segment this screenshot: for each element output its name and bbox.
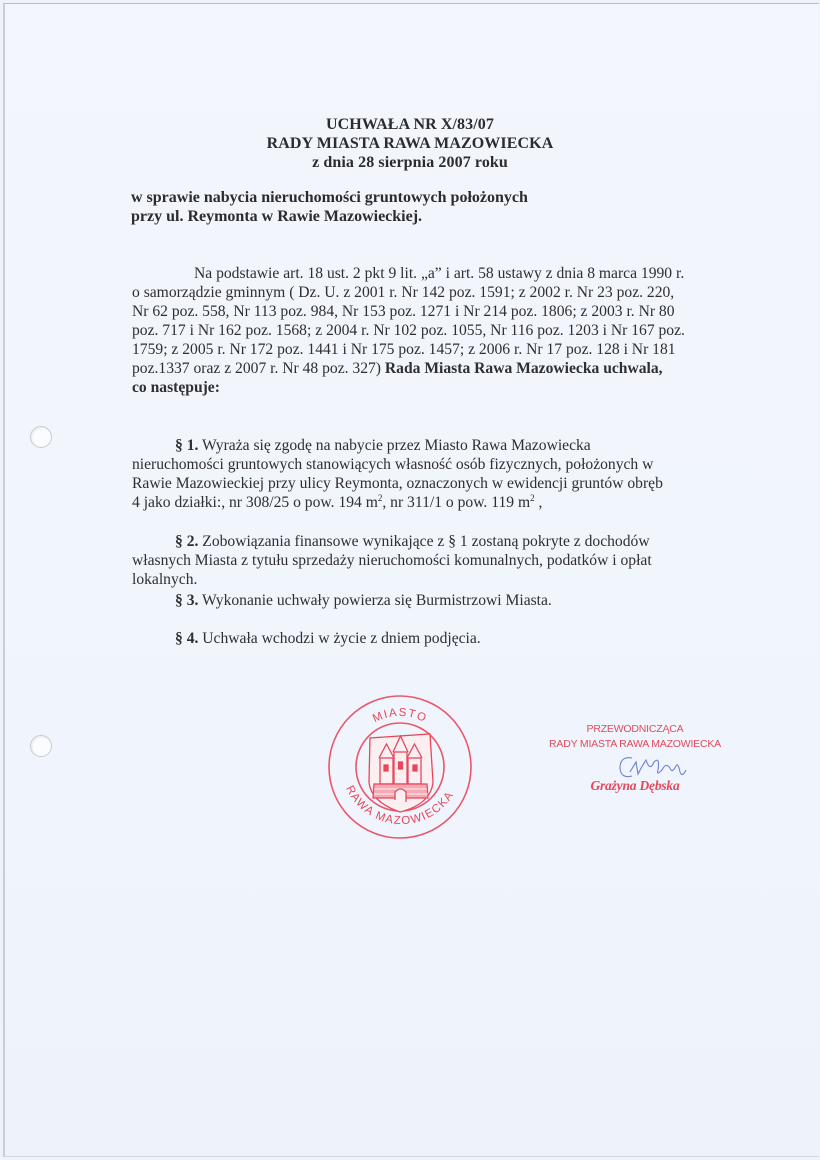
enacting-clause-text: co następuje: xyxy=(132,379,220,396)
preamble-line: 1759; z 2005 r. Nr 172 poz. 1441 i Nr 17… xyxy=(132,341,676,359)
section-1-line: nieruchomości gruntowych stanowiących wł… xyxy=(132,456,653,474)
subject-line-1: w sprawie nabycia nieruchomości gruntowy… xyxy=(131,189,528,207)
preamble-line: Nr 62 poz. 558, Nr 113 poz. 984, Nr 153 … xyxy=(132,303,675,321)
coat-of-arms-icon xyxy=(369,734,433,812)
council-name: RADY MIASTA RAWA MAZOWIECKA xyxy=(0,135,820,153)
section-1: § 1. Wyraża się zgodę na nabycie przez M… xyxy=(175,437,591,455)
preamble-line: Na podstawie art. 18 ust. 2 pkt 9 lit. „… xyxy=(194,265,684,283)
resolution-date: z dnia 28 sierpnia 2007 roku xyxy=(0,154,820,172)
section-3: § 3. Wykonanie uchwały powierza się Burm… xyxy=(175,592,552,610)
subject-line-2: przy ul. Reymonta w Rawie Mazowieckiej. xyxy=(131,208,422,226)
preamble-line: o samorządzie gminnym ( Dz. U. z 2001 r.… xyxy=(132,284,674,302)
preamble-text: poz.1337 oraz z 2007 r. Nr 48 poz. 327) xyxy=(132,360,385,377)
section-1-line: Rawie Mazowieckiej przy ulicy Reymonta, … xyxy=(132,475,663,493)
section-text: Zobowiązania finansowe wynikające z § 1 … xyxy=(198,533,649,550)
punch-hole xyxy=(30,735,52,757)
section-mark: § 3. xyxy=(175,592,198,609)
section-2: § 2. Zobowiązania finansowe wynikające z… xyxy=(175,533,650,551)
plot-2: , nr 311/1 o pow. 119 m xyxy=(382,494,530,511)
city-seal-stamp: MIASTO RAWA MAZOWIECKA xyxy=(327,694,473,840)
plot-end: , xyxy=(535,494,543,511)
section-mark: § 1. xyxy=(175,437,198,454)
signature-block: PRZEWODNICZĄCA RADY MIASTA RAWA MAZOWIEC… xyxy=(520,722,750,794)
punch-hole xyxy=(30,426,52,448)
enacting-clause: Rada Miasta Rawa Mazowiecka uchwala, xyxy=(385,360,663,377)
preamble-line: poz. 717 i Nr 162 poz. 1568; z 2004 r. N… xyxy=(132,322,685,340)
section-2-line: lokalnych. xyxy=(132,571,197,589)
resolution-number: UCHWAŁA NR X/83/07 xyxy=(0,116,820,134)
preamble-line-final: poz.1337 oraz z 2007 r. Nr 48 poz. 327) … xyxy=(132,360,663,378)
signatory-council: RADY MIASTA RAWA MAZOWIECKA xyxy=(520,737,750,752)
section-text: Wyraża się zgodę na nabycie przez Miasto… xyxy=(198,437,590,454)
section-mark: § 4. xyxy=(175,630,198,647)
handwritten-signature xyxy=(520,752,750,782)
enacting-clause-end: co następuje: xyxy=(132,379,220,397)
scanned-page xyxy=(3,3,819,1157)
plot-1: 4 jako działki:, nr 308/25 o pow. 194 m xyxy=(132,494,378,511)
section-text: Wykonanie uchwały powierza się Burmistrz… xyxy=(198,592,551,609)
section-mark: § 2. xyxy=(175,533,198,550)
section-text: Uchwała wchodzi w życie z dniem podjęcia… xyxy=(198,630,480,647)
section-4: § 4. Uchwała wchodzi w życie z dniem pod… xyxy=(175,630,481,648)
signatory-role: PRZEWODNICZĄCA xyxy=(520,722,750,737)
section-1-plots: 4 jako działki:, nr 308/25 o pow. 194 m2… xyxy=(132,494,542,512)
section-2-line: własnych Miasta z tytułu sprzedaży nieru… xyxy=(132,552,652,570)
